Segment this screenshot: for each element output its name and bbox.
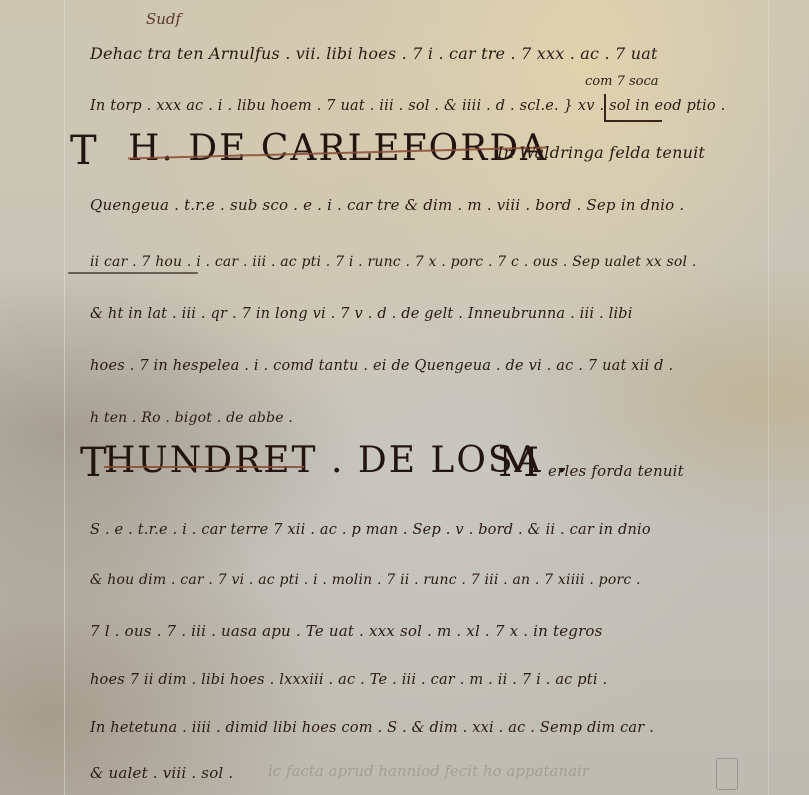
right-ruling-line xyxy=(768,0,769,795)
text-line-1: Dehac tra ten Arnulfus . vii. libi hoes … xyxy=(90,44,658,63)
text-line-8: h ten . Ro . bigot . de abbe . xyxy=(90,410,293,426)
text-line-10: S . e . t.r.e . i . car terre 7 xii . ac… xyxy=(90,522,651,538)
ink-stroke xyxy=(68,272,198,274)
bracket-mark xyxy=(604,94,662,122)
capital-m-initial: M xyxy=(498,440,541,486)
text-line-3: In Waldringa felda tenuit xyxy=(497,143,705,162)
left-ruling-line xyxy=(64,0,65,795)
text-line-7: hoes . 7 in hespelea . i . comd tantu . … xyxy=(90,358,673,374)
text-line-15: & ualet . viii . sol . xyxy=(90,764,233,782)
marginal-note-sudf: Sudf xyxy=(146,10,181,28)
faint-bracket-mark xyxy=(716,758,738,790)
text-line-6: & ht in lat . iii . qr . 7 in long vi . … xyxy=(90,306,633,322)
text-line-13: hoes 7 ii dim . libi hoes . lxxxiii . ac… xyxy=(90,672,607,688)
rubric-strike-line xyxy=(104,466,304,468)
rubric-initial-2: T xyxy=(80,440,107,486)
interlinear-note: com 7 soca xyxy=(585,74,659,89)
text-line-5: ii car . 7 hou . i . car . iii . ac pti … xyxy=(90,254,697,270)
hundred-heading-carleforda: H. DE CARLEFORDA xyxy=(128,128,548,169)
text-line-14: In hetetuna . iiii . dimid libi hoes com… xyxy=(90,720,654,736)
rubric-initial-1: T xyxy=(70,128,97,174)
manuscript-page: Sudf Dehac tra ten Arnulfus . vii. libi … xyxy=(0,0,809,795)
text-line-11: & hou dim . car . 7 vi . ac pti . i . mo… xyxy=(90,572,641,588)
show-through-text: ic facta aprud hanniod fecit ho appatana… xyxy=(268,762,589,780)
text-line-9: erles forda tenuit xyxy=(548,462,684,480)
text-line-12: 7 l . ous . 7 . iii . uasa apu . Te uat … xyxy=(90,622,603,640)
text-line-4: Quengeua . t.r.e . sub sco . e . i . car… xyxy=(90,196,684,214)
